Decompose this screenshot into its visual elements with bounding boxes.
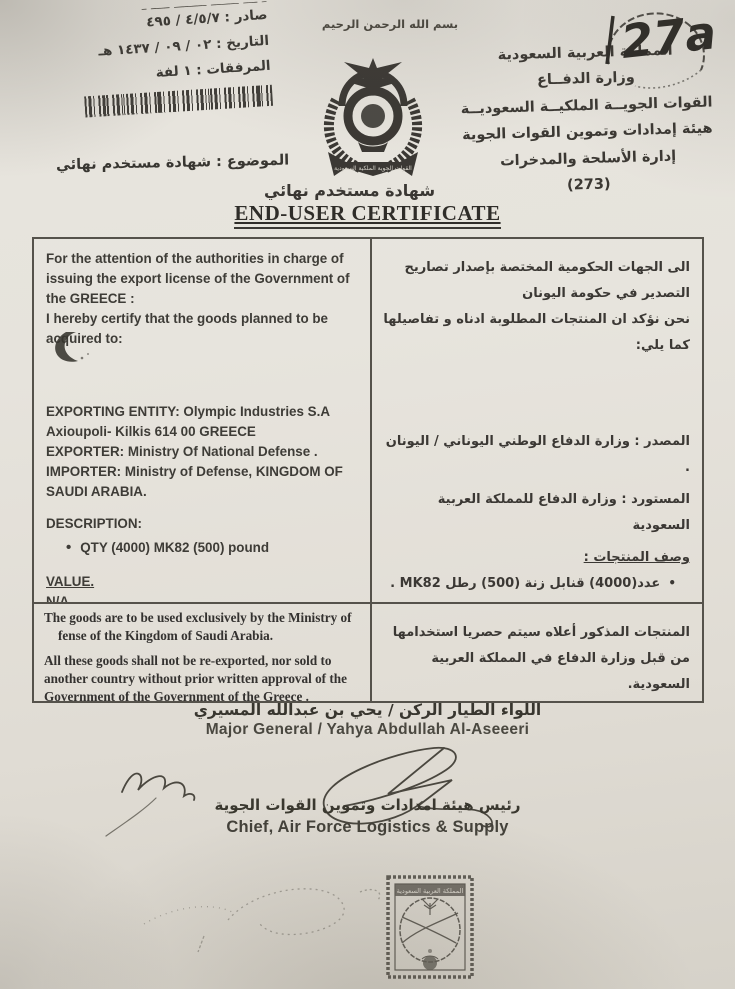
handwritten-page-mark: 27a xyxy=(573,2,735,106)
description-item-ar: عدد(4000) قنابل زنة (500) رطل MK82 . xyxy=(382,571,676,597)
air-force-emblem-icon: القوات الجوية الملكية السعودية xyxy=(312,54,434,184)
signatory-name-english: Major General / Yahya Abdullah Al-Aseeer… xyxy=(0,721,735,739)
cell-english-conditions: The goods are to be used exclusively by … xyxy=(34,602,370,701)
subject-line: الموضوع : شهادة مستخدم نهائي xyxy=(56,153,289,174)
title-english: END-USER CERTIFICATE xyxy=(234,201,500,229)
condition-en-line2: fense of the Kingdom of Saudi Arabia. xyxy=(44,627,364,645)
value-text: N/A xyxy=(46,594,69,602)
exporter-value: Ministry Of National Defense . xyxy=(128,444,318,459)
faint-scribbles xyxy=(108,862,388,967)
exporting-entity-label: EXPORTING ENTITY: xyxy=(46,404,180,419)
description-label: DESCRIPTION: xyxy=(46,514,362,534)
signatory-title-arabic: رئيس هيئة امدادات وتموين القوات الجوية xyxy=(0,796,735,814)
condition-en-paragraph2: All these goods shall not be re-exported… xyxy=(44,652,364,701)
cell-english-body: For the attention of the authorities in … xyxy=(34,239,370,602)
source-ar-line: المصدر : وزارة الدفاع الوطني اليوناني / … xyxy=(382,429,690,481)
signatory-name-arabic: اللواء الطيار الركن / يحي بن عبدالله الم… xyxy=(0,701,735,719)
importer-line: IMPORTER: Ministry of Defense, KINGDOM O… xyxy=(46,462,362,502)
attention-en-line1: For the attention of the authorities in … xyxy=(46,249,362,309)
page-mark-text: 27a xyxy=(619,5,719,69)
attention-ar-line2: نحن نؤكد ان المنتجات المطلوبة ادناه و تف… xyxy=(382,307,690,359)
signatory-name-block: اللواء الطيار الركن / يحي بن عبدالله الم… xyxy=(0,701,735,739)
exporter-line: EXPORTER: Ministry Of National Defense . xyxy=(46,442,362,462)
description-item-text: QTY (4000) MK82 (500) pound xyxy=(80,538,269,558)
scanned-document-page: ـ ـــ ــــــ ـــــــ ــــ ـ صادر : ٤/٥/٧… xyxy=(0,0,735,989)
description-item: QTY (4000) MK82 (500) pound xyxy=(66,538,362,558)
emblem-banner-text: القوات الجوية الملكية السعودية xyxy=(334,165,412,172)
basmala-text: بسم الله الرحمن الرحيم xyxy=(292,17,488,31)
condition-ar-paragraph1: المنتجات المذكور أعلاه سيتم حصريا استخدا… xyxy=(382,620,690,698)
exporter-label: EXPORTER: xyxy=(46,444,124,459)
importer-label: IMPORTER: xyxy=(46,464,121,479)
signatory-title-english: Chief, Air Force Logistics & Supply xyxy=(0,818,735,837)
certificate-table: For the attention of the authorities in … xyxy=(32,237,704,703)
document-title-block: شهادة مستخدم نهائي END-USER CERTIFICATE xyxy=(0,181,735,229)
cell-arabic-body: الى الجهات الحكومية المختصة بإصدار تصاري… xyxy=(370,239,702,602)
stamp-band-text: المملكة العربية السعودية xyxy=(397,887,464,895)
official-stamp-icon: المملكة العربية السعودية xyxy=(386,875,474,979)
exporting-entity-value: Olympic Industries S.A xyxy=(183,404,330,419)
title-arabic: شهادة مستخدم نهائي xyxy=(0,181,735,200)
description-label-ar: وصف المنتجات : xyxy=(584,550,690,565)
cell-arabic-conditions: المنتجات المذكور أعلاه سيتم حصريا استخدا… xyxy=(370,602,702,701)
exporting-entity-address: Axioupoli- Kilkis 614 00 GREECE xyxy=(46,422,362,442)
value-label: VALUE. xyxy=(46,574,94,589)
condition-en-line1: The goods are to be used exclusively by … xyxy=(44,609,364,627)
importer-ar-line: المستورد : وزارة الدفاع للمملكة العربية … xyxy=(382,487,690,539)
fold-mark xyxy=(52,330,100,364)
signatory-title-block: رئيس هيئة امدادات وتموين القوات الجوية C… xyxy=(0,796,735,837)
attention-ar-line1: الى الجهات الحكومية المختصة بإصدار تصاري… xyxy=(382,255,690,307)
exporting-entity-line: EXPORTING ENTITY: Olympic Industries S.A xyxy=(46,402,362,422)
reference-block: ـ ـــ ــــــ ـــــــ ــــ ـ صادر : ٤/٥/٧… xyxy=(58,0,273,119)
description-item-ar-text: عدد(4000) قنابل زنة (500) رطل MK82 . xyxy=(390,571,660,597)
